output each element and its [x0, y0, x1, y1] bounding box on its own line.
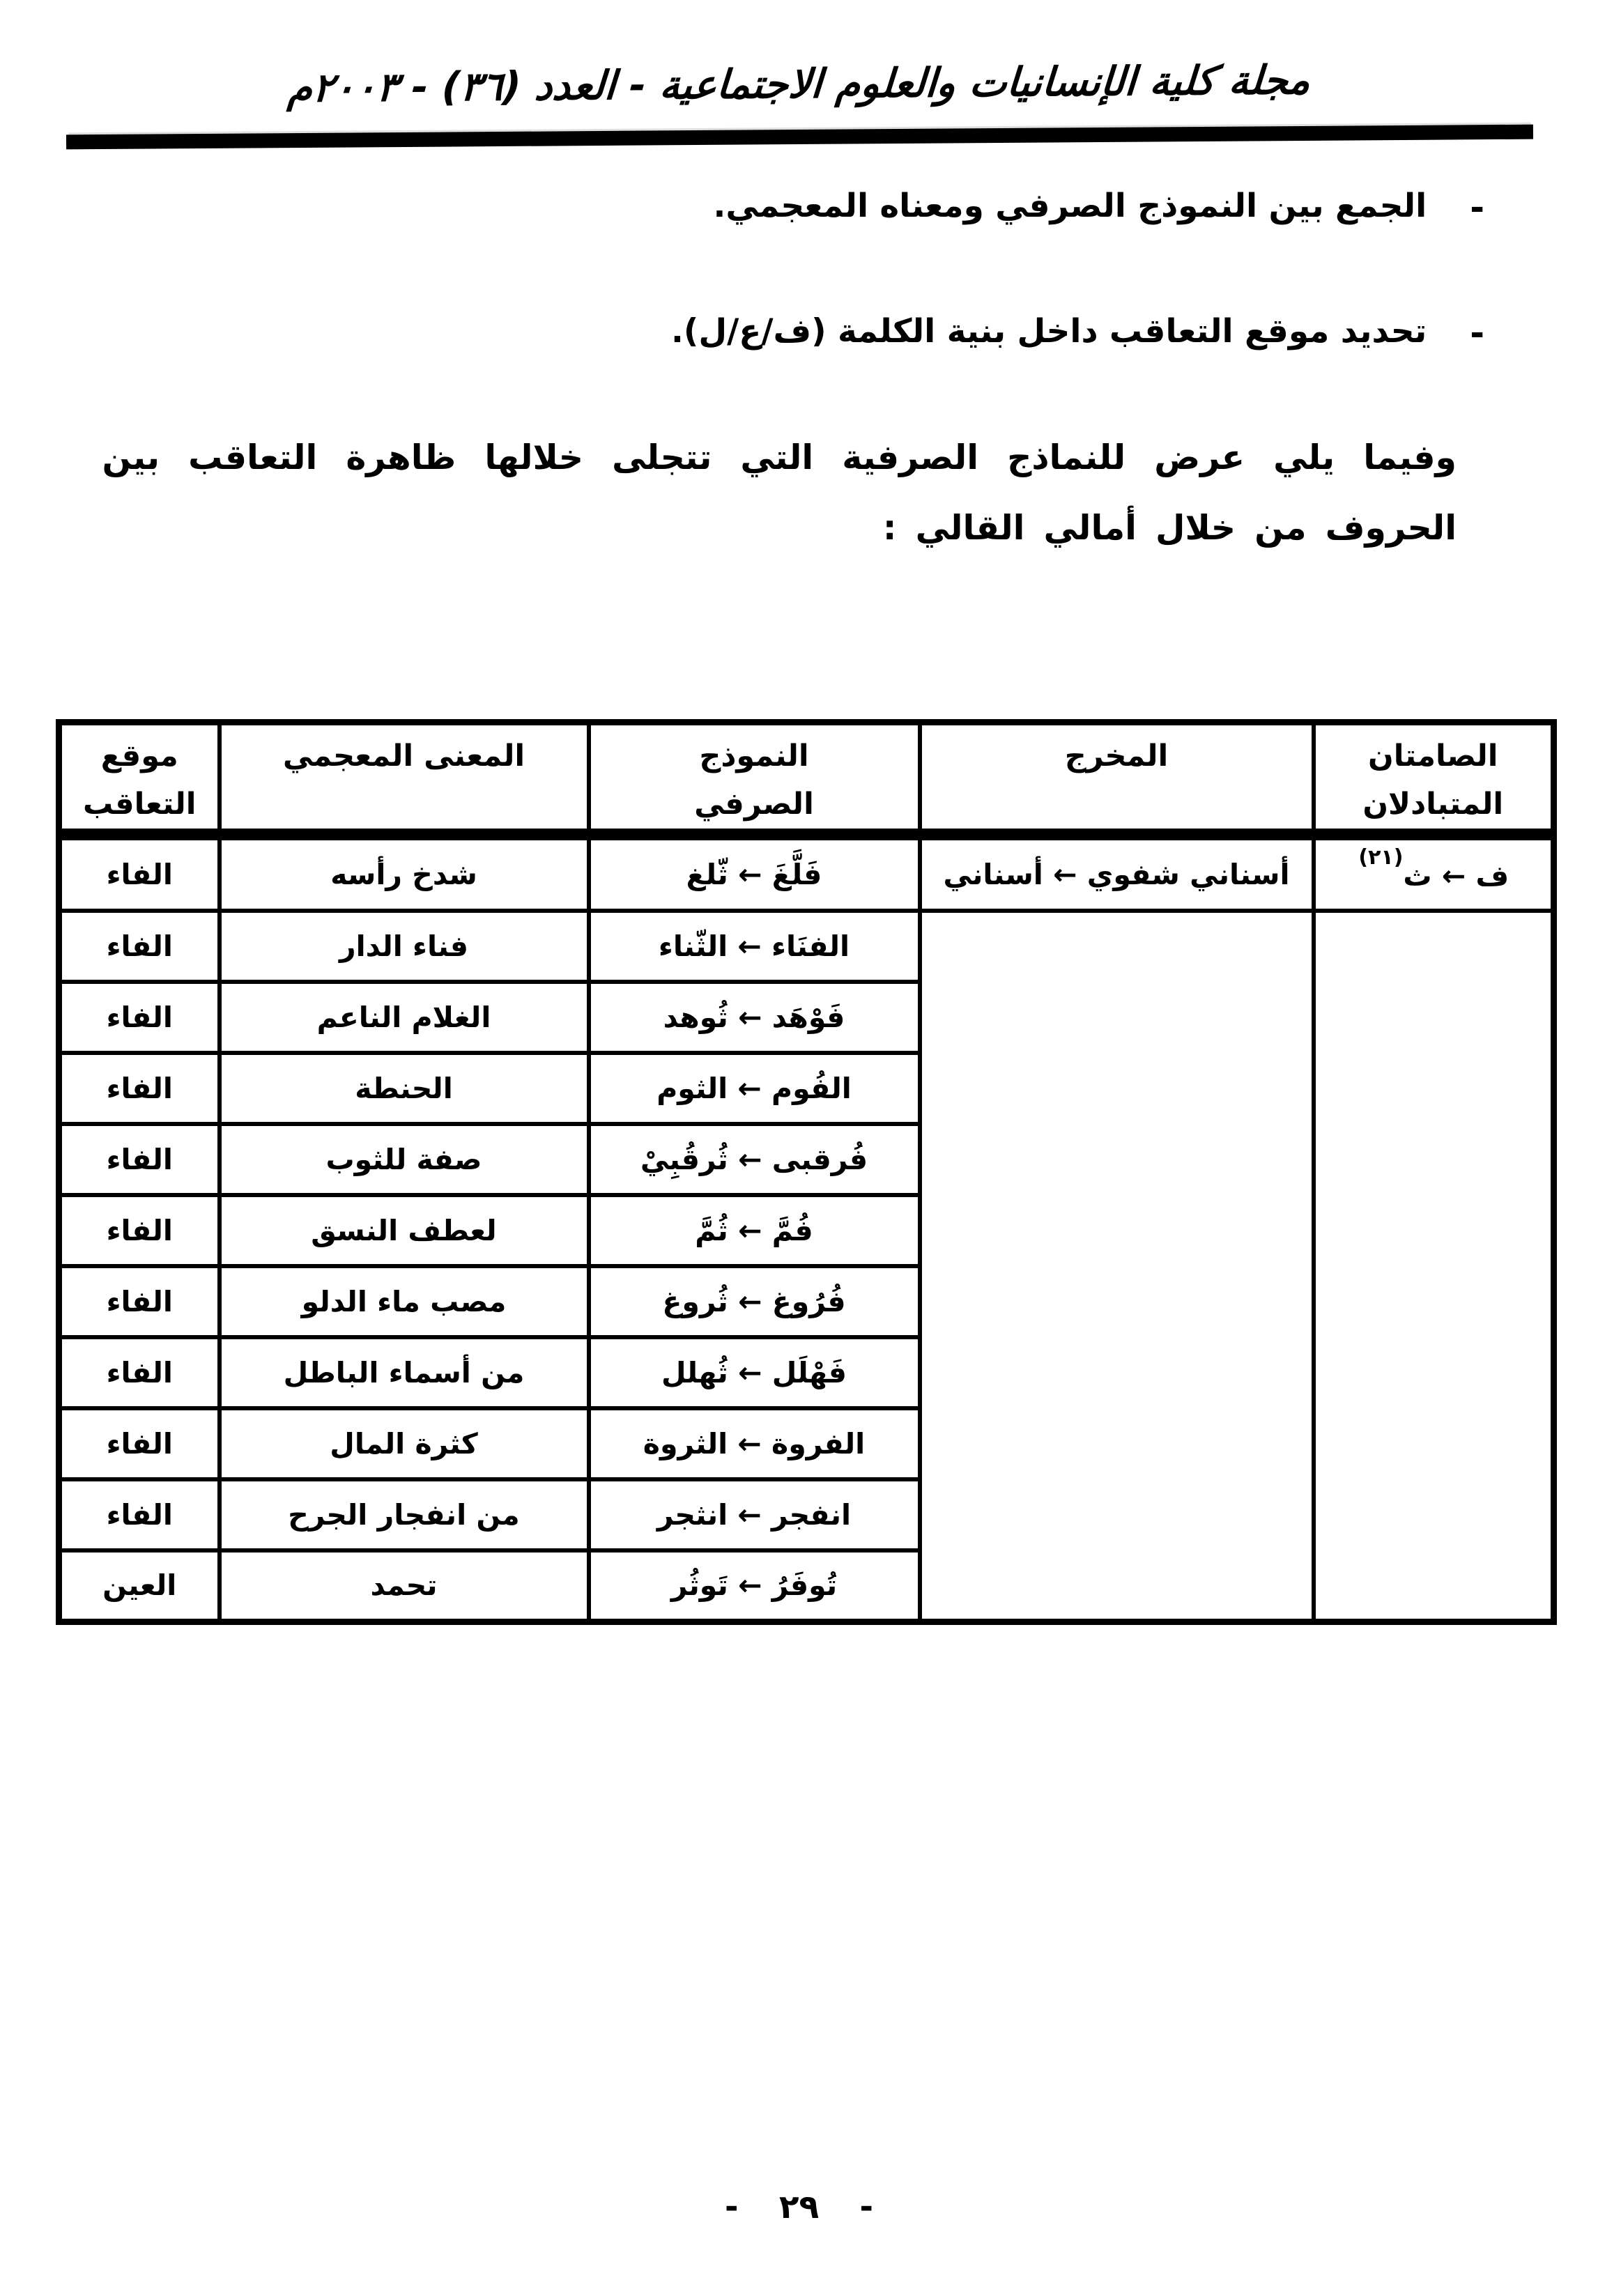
cell-lexical-meaning: الحنطة — [220, 1053, 589, 1124]
bullet-text-1: الجمع بين النموذج الصرفي ومعناه المعجمي. — [713, 187, 1427, 225]
cell-morph-model: فَلَّغَ ← ثّلغ — [589, 834, 920, 911]
cell-lexical-meaning: من أسماء الباطل — [220, 1337, 589, 1408]
cell-swap-position: الفاء — [59, 834, 220, 911]
header-rule-divider — [66, 125, 1533, 150]
cell-lexical-meaning: مصب ماء الدلو — [220, 1266, 589, 1337]
cell-swap-position: الفاء — [59, 1337, 220, 1408]
scanned-journal-page: مجلة كلية الإنسانيات والعلوم الاجتماعية … — [0, 0, 1598, 2296]
cell-morph-model: فَهْلَل ← ثُهلل — [589, 1337, 920, 1408]
cell-lexical-meaning: الغلام الناعم — [220, 982, 589, 1053]
table-row: الفنَاء ← الثّناء فناء الدار الفاء — [59, 911, 1554, 982]
cell-morph-model: الفنَاء ← الثّناء — [589, 911, 920, 982]
col-header-line: المتبادلان — [1320, 780, 1547, 829]
bullet-item-1: - الجمع بين النموذج الصرفي ومعناه المعجم… — [713, 187, 1484, 229]
cell-swap-position: الفاء — [59, 1479, 220, 1550]
col-header-swap-position: موقع التعاقب — [59, 723, 220, 835]
col-header-consonant-pair: الصامتان المتبادلان — [1314, 723, 1554, 835]
cell-lexical-meaning: كثرة المال — [220, 1408, 589, 1479]
cell-morph-model: فُمَّ ← ثُمَّ — [589, 1195, 920, 1266]
cell-morph-model: فُرقبى ← ثُرقُبِيْ — [589, 1124, 920, 1195]
cell-swap-position: الفاء — [59, 911, 220, 982]
col-header-line: الصامتان — [1320, 732, 1547, 780]
col-header-line: الصرفي — [595, 780, 914, 829]
cell-morph-model: فُرُوغ ← ثُروغ — [589, 1266, 920, 1337]
consonant-swap-table: الصامتان المتبادلان المخرج النموذج الصرف… — [56, 719, 1557, 1625]
bullet-item-2: - تحديد موقع التعاقب داخل بنية الكلمة (ف… — [671, 312, 1484, 354]
cell-swap-position: الفاء — [59, 1266, 220, 1337]
cell-articulation-merged-empty — [920, 911, 1314, 1621]
bullet-dash: - — [1470, 187, 1484, 229]
col-header-articulation: المخرج — [920, 723, 1314, 835]
col-header-line: التعاقب — [66, 780, 213, 829]
table-row: ف ← ث(٢١) أسناني شفوي ← أسناني فَلَّغَ ←… — [59, 834, 1554, 911]
intro-paragraph: وفيما يلي عرض للنماذج الصرفية التي تتجلى… — [84, 438, 1457, 548]
intro-paragraph-line-1: وفيما يلي عرض للنماذج الصرفية التي تتجلى… — [84, 438, 1457, 477]
col-header-morph-model: النموذج الصرفي — [589, 723, 920, 835]
consonant-pair-text: ف ← ث — [1403, 859, 1509, 893]
cell-morph-model: فَوْهَد ← ثُوهد — [589, 982, 920, 1053]
cell-consonant-pair-merged-empty — [1314, 911, 1554, 1621]
cell-swap-position: الفاء — [59, 1124, 220, 1195]
col-header-line: النموذج — [595, 732, 914, 780]
col-header-line: المخرج — [926, 732, 1307, 780]
bullet-dash: - — [1470, 312, 1484, 354]
cell-lexical-meaning: تحمد — [220, 1550, 589, 1621]
cell-lexical-meaning: فناء الدار — [220, 911, 589, 982]
bullet-text-2: تحديد موقع التعاقب داخل بنية الكلمة (ف/ع… — [671, 312, 1427, 350]
cell-swap-position: الفاء — [59, 1053, 220, 1124]
cell-articulation: أسناني شفوي ← أسناني — [920, 834, 1314, 911]
table-header-row: الصامتان المتبادلان المخرج النموذج الصرف… — [59, 723, 1554, 835]
col-header-line: المعنى المعجمي — [226, 732, 583, 780]
cell-swap-position: الفاء — [59, 982, 220, 1053]
cell-swap-position: الفاء — [59, 1195, 220, 1266]
col-header-line: موقع — [66, 732, 213, 780]
cell-morph-model: تُوفَرُ ← تَوثُر — [589, 1550, 920, 1621]
cell-lexical-meaning: شدخ رأسه — [220, 834, 589, 911]
intro-paragraph-line-2: الحروف من خلال أمالي القالي : — [84, 508, 1457, 548]
cell-morph-model: الفُوم ← الثوم — [589, 1053, 920, 1124]
cell-lexical-meaning: صفة للثوب — [220, 1124, 589, 1195]
cell-morph-model: الفروة ← الثروة — [589, 1408, 920, 1479]
cell-lexical-meaning: لعطف النسق — [220, 1195, 589, 1266]
cell-consonant-pair: ف ← ث(٢١) — [1314, 834, 1554, 911]
page-number: - ٢٩ - — [0, 2188, 1598, 2226]
cell-swap-position: الفاء — [59, 1408, 220, 1479]
cell-swap-position: العين — [59, 1550, 220, 1621]
col-header-lexical-meaning: المعنى المعجمي — [220, 723, 589, 835]
cell-lexical-meaning: من انفجار الجرح — [220, 1479, 589, 1550]
cell-morph-model: انفجر ← انثجر — [589, 1479, 920, 1550]
footnote-ref: (٢١) — [1358, 845, 1403, 870]
journal-header-title: مجلة كلية الإنسانيات والعلوم الاجتماعية … — [65, 56, 1533, 114]
